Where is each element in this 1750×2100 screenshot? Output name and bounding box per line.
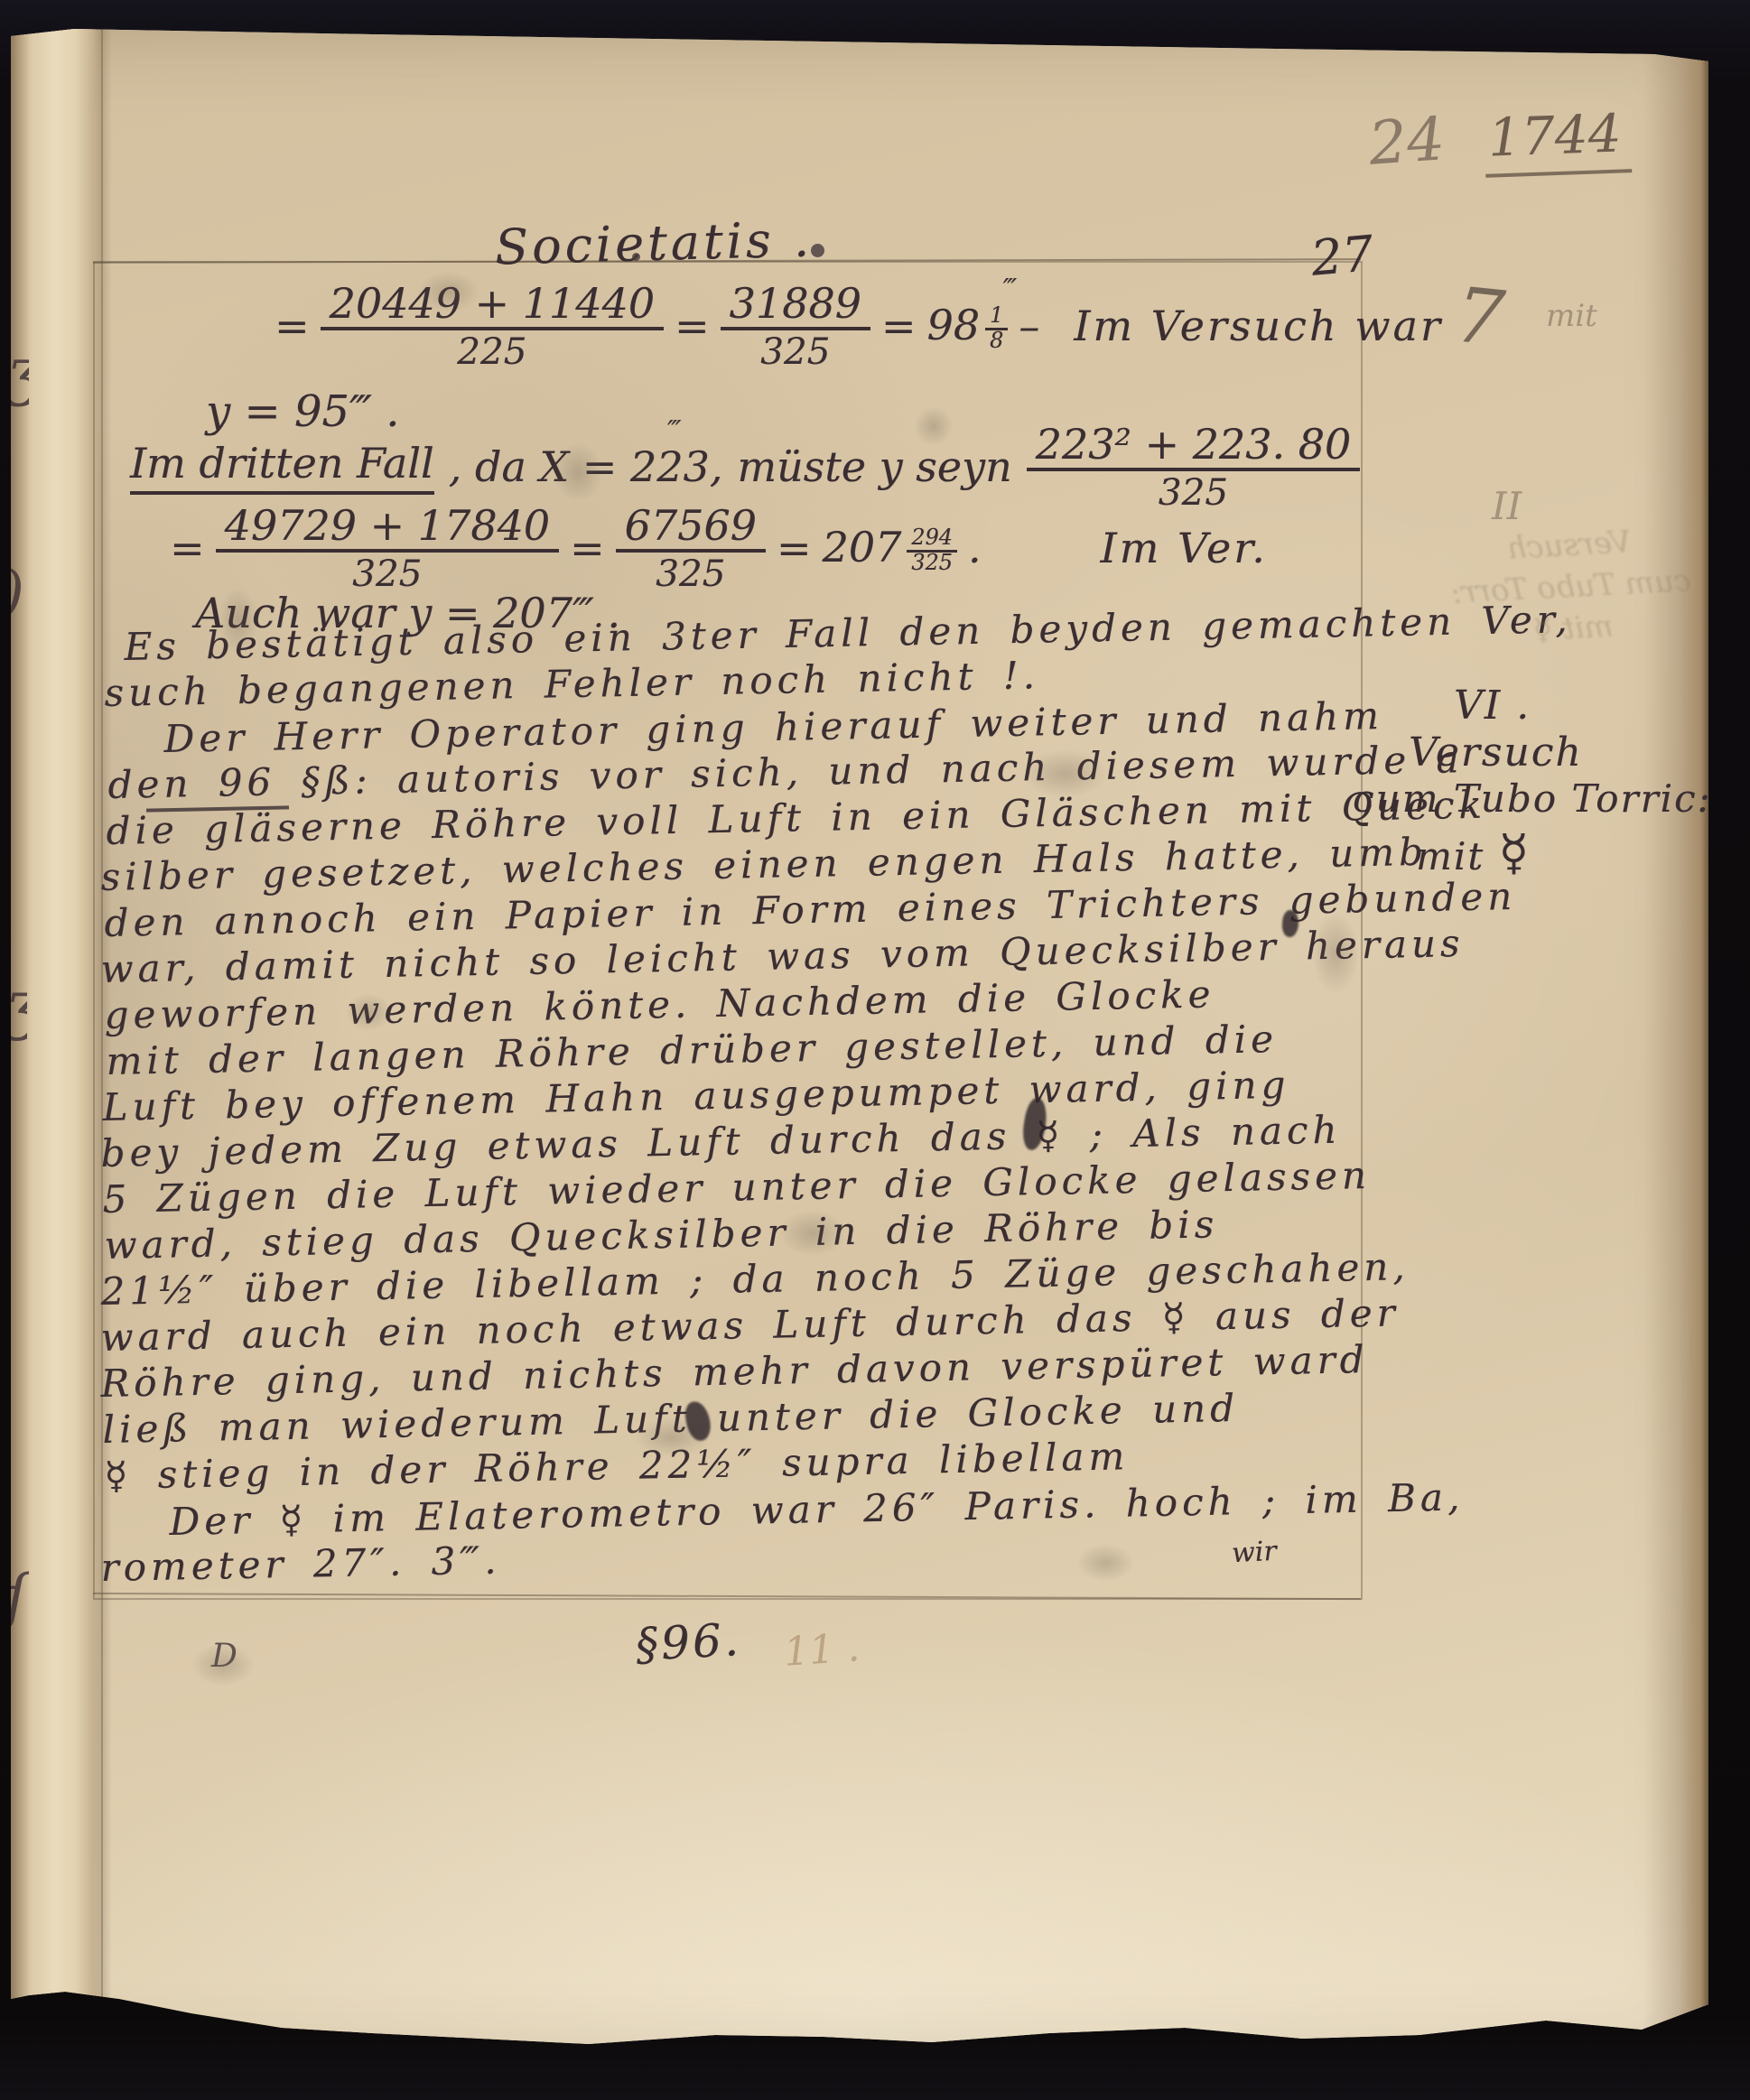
bleedthrough-numeral: 7 (1451, 270, 1508, 363)
equals-sign: = (170, 524, 205, 572)
fraction: 67569 325 (616, 504, 766, 593)
catchword: wir (1231, 1536, 1277, 1570)
fraction: 223² + 223. 80 325 (1027, 423, 1361, 512)
bleedthrough-mit: mit (1546, 298, 1597, 334)
ink-dot (632, 253, 640, 261)
period: . (968, 524, 982, 572)
margin-note-mit-mercury: mit ☿ (1416, 823, 1531, 881)
note-im-versuch: Im Versuch war (1074, 302, 1443, 350)
faint-number: 11 . (782, 1624, 861, 1676)
margin-note-cum-tubo: cum Tubo Torric: (1353, 776, 1712, 821)
muste-y-seyn: müste y seyn (737, 442, 1011, 491)
equals-sign: = (275, 302, 310, 350)
result-value: 207294325 (822, 523, 956, 574)
equals-sign: = (570, 524, 605, 572)
bleedthrough-margin-note: Versuch cum Tubo Torr: mit ☿ (1406, 517, 1737, 658)
fraction: 31889 325 (721, 282, 870, 371)
mercury-symbol-icon: ☿ (1499, 823, 1531, 881)
stain (914, 406, 954, 446)
stain (1311, 912, 1360, 995)
bleedthrough-strokes: II (1492, 484, 1522, 528)
primes-mark: ‴ (667, 415, 682, 447)
primes-mark: ‴ (1003, 274, 1018, 305)
margin-note-versuch: Versuch (1409, 729, 1583, 776)
ink-dot (811, 244, 824, 257)
pencil-folio-number: 24 (1366, 104, 1447, 179)
page-right-edge (1643, 27, 1708, 2069)
section-number: §96. (635, 1613, 742, 1671)
gutter-stroke: ſ (5, 1562, 29, 1631)
gutter-stroke: ) (2, 560, 25, 627)
underlined-im-dritten-fall: Im dritten Fall (130, 439, 434, 495)
fraction: 49729 + 17840 325 (216, 504, 559, 593)
stain (1076, 1544, 1134, 1582)
stain (417, 271, 480, 312)
gutter-stroke: ʒ (4, 966, 27, 1042)
running-title: Societatis . (494, 210, 813, 275)
body-line: rometer 27″. 3‴. (100, 1538, 501, 1590)
manuscript-photo: ʒ ) ʒ ſ 24 1744 27 Societatis . = 20449 … (0, 0, 1750, 2100)
margin-note-number: VI . (1454, 683, 1531, 729)
stain (778, 1210, 847, 1257)
dash: – (1019, 302, 1039, 350)
calc-line-4: = 49729 + 17840 325 = 67569 325 = 207294… (170, 504, 1268, 593)
equals-sign: = (777, 524, 812, 572)
stain (345, 993, 392, 1031)
page-number: 27 (1308, 225, 1375, 287)
manuscript-page: ʒ ) ʒ ſ 24 1744 27 Societatis . = 20449 … (11, 27, 1708, 2069)
result-value: 9818 ‴ (926, 301, 1008, 352)
note-im-ver: Im Ver. (1101, 524, 1268, 572)
year-heading: 1744 (1484, 102, 1632, 178)
stain (553, 442, 603, 502)
stain (219, 587, 258, 654)
equals-sign: = (675, 302, 710, 350)
calc-line-3: Im dritten Fall , da X = 223, ‴ müste y … (130, 423, 1360, 512)
equals-sign: = (881, 302, 917, 350)
stain (1022, 749, 1109, 798)
stain (191, 1643, 255, 1687)
fraction: 20449 + 11440 225 (321, 282, 664, 371)
gutter-stroke: ʒ (5, 334, 29, 408)
